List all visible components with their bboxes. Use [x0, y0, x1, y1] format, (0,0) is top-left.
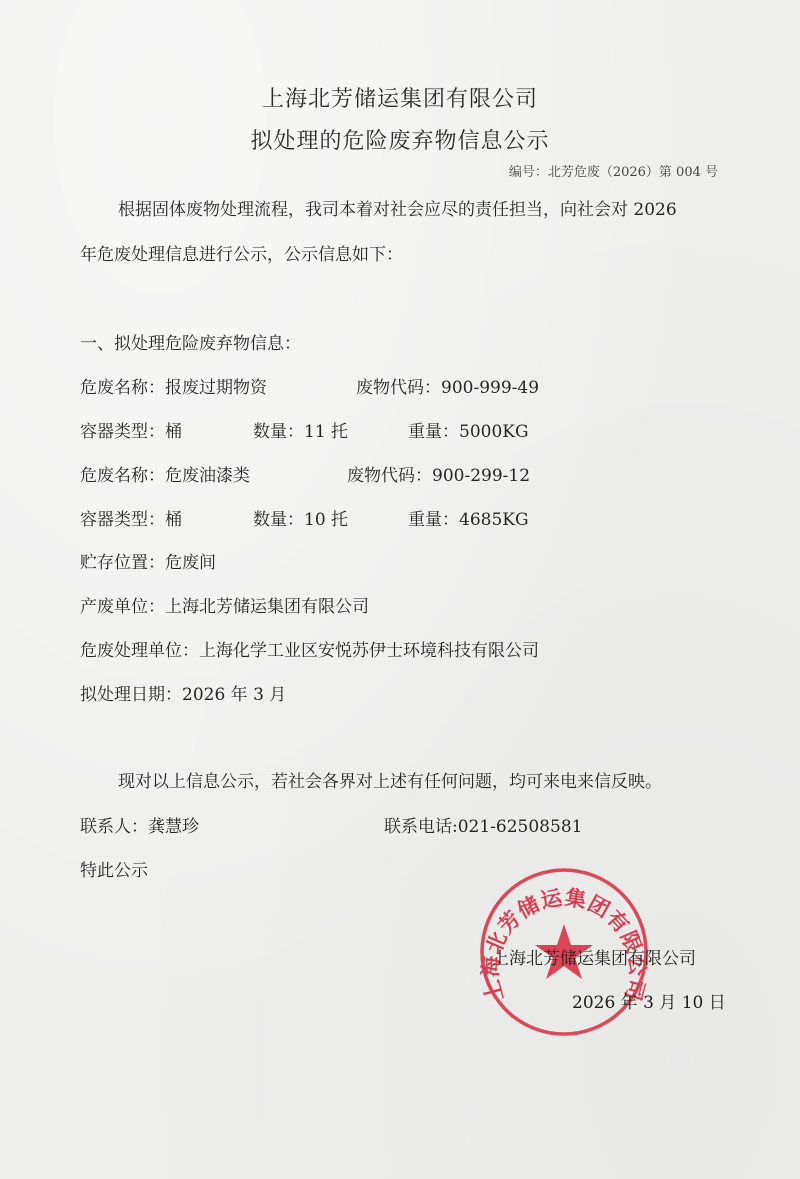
waste-1-weight: 重量：5000KG	[408, 417, 529, 442]
intro-line-1: 根据固体废物处理流程，我司本着对社会应尽的责任担当，向社会对 2026	[118, 195, 677, 220]
waste-2-quantity: 数量：10 托	[253, 505, 348, 530]
intro-line-2: 年危废处理信息进行公示，公示信息如下：	[80, 240, 403, 265]
contact-person: 联系人：龚慧珍	[80, 812, 199, 837]
waste-2-container: 容器类型：桶	[80, 505, 182, 530]
waste-1-container: 容器类型：桶	[80, 417, 182, 442]
signature-date: 2026 年 3 月 10 日	[572, 988, 726, 1013]
planned-date: 拟处理日期：2026 年 3 月	[80, 680, 286, 705]
document-number: 编号：北芳危废（2026）第 004 号	[509, 161, 718, 180]
waste-2-code: 废物代码：900-299-12	[347, 461, 530, 486]
waste-1-code: 废物代码：900-999-49	[356, 373, 539, 398]
notice-title: 拟处理的危险废弃物信息公示	[0, 124, 800, 155]
waste-1-name: 危废名称：报废过期物资	[80, 373, 267, 398]
storage-location: 贮存位置：危废间	[80, 548, 216, 573]
signature-company: 上海北芳储运集团有限公司	[492, 944, 696, 969]
section-heading: 一、拟处理危险废弃物信息：	[80, 329, 301, 354]
waste-1-quantity: 数量：11 托	[253, 417, 348, 442]
producer-unit: 产废单位：上海北芳储运集团有限公司	[80, 592, 369, 617]
disposal-unit: 危废处理单位：上海化学工业区安悦苏伊士环境科技有限公司	[80, 636, 539, 661]
company-title: 上海北芳储运集团有限公司	[0, 82, 800, 113]
waste-2-name: 危废名称：危废油漆类	[80, 461, 250, 486]
contact-phone: 联系电话:021-62508581	[384, 812, 582, 837]
closing-line: 现对以上信息公示，若社会各界对上述有任何问题，均可来电来信反映。	[118, 767, 662, 792]
hereby-notice: 特此公示	[80, 856, 148, 881]
waste-2-weight: 重量：4685KG	[408, 505, 529, 530]
